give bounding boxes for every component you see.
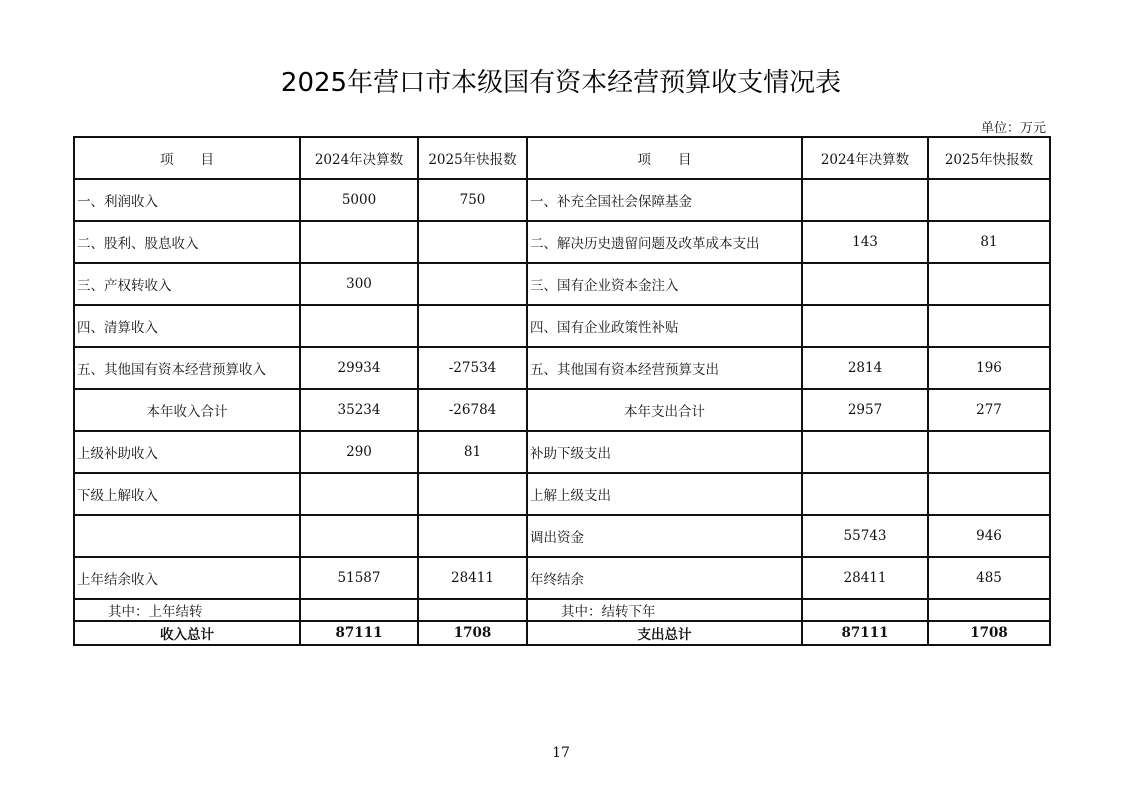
income-2024 [300,305,418,347]
table-row: 一、利润收入 5000 750 一、补充全国社会保障基金 [74,179,1050,221]
subtotal-row: 本年收入合计 35234 -26784 本年支出合计 2957 277 [74,389,1050,431]
expense-2024: 2957 [802,389,928,431]
income-2024: 29934 [300,347,418,389]
expense-2024 [802,431,928,473]
expense-2025 [928,431,1050,473]
expense-item: 一、补充全国社会保障基金 [527,179,802,221]
income-item: 四、清算收入 [74,305,300,347]
table-row-sub: 其中：上年结转 其中：结转下年 [74,599,1050,621]
expense-2025 [928,599,1050,621]
expense-2024 [802,473,928,515]
income-2024: 290 [300,431,418,473]
expense-2025: 277 [928,389,1050,431]
page-number: 17 [0,745,1122,761]
expense-2025 [928,179,1050,221]
expense-item: 补助下级支出 [527,431,802,473]
income-item: 上年结余收入 [74,557,300,599]
income-item [74,515,300,557]
income-2024: 51587 [300,557,418,599]
income-item: 一、利润收入 [74,179,300,221]
income-total-label: 收入总计 [74,621,300,645]
income-2024: 5000 [300,179,418,221]
income-2024 [300,599,418,621]
income-total-2025: 1708 [418,621,527,645]
income-2025: -27534 [418,347,527,389]
page-title: 2025年营口市本级国有资本经营预算收支情况表 [0,62,1122,99]
header-out-2025: 2025年快报数 [928,137,1050,179]
income-item: 其中：上年结转 [74,599,300,621]
expense-2025: 196 [928,347,1050,389]
expense-item: 上解上级支出 [527,473,802,515]
income-item: 二、股利、股息收入 [74,221,300,263]
expense-total-2024: 87111 [802,621,928,645]
expense-item: 五、其他国有资本经营预算支出 [527,347,802,389]
expense-2024: 55743 [802,515,928,557]
table-row: 五、其他国有资本经营预算收入 29934 -27534 五、其他国有资本经营预算… [74,347,1050,389]
table-row: 四、清算收入 四、国有企业政策性补贴 [74,305,1050,347]
income-subtotal-label: 本年收入合计 [74,389,300,431]
expense-2024: 143 [802,221,928,263]
table-row: 三、产权转收入 300 三、国有企业资本金注入 [74,263,1050,305]
header-out-item: 项 目 [527,137,802,179]
income-2025: 750 [418,179,527,221]
income-2025 [418,473,527,515]
header-in-2024: 2024年决算数 [300,137,418,179]
expense-item: 年终结余 [527,557,802,599]
table-header-row: 项 目 2024年决算数 2025年快报数 项 目 2024年决算数 2025年… [74,137,1050,179]
income-2024 [300,515,418,557]
income-2025 [418,263,527,305]
expense-2025: 485 [928,557,1050,599]
income-2025: 81 [418,431,527,473]
income-item: 下级上解收入 [74,473,300,515]
expense-2024 [802,179,928,221]
income-2025: -26784 [418,389,527,431]
expense-2024 [802,599,928,621]
income-2025 [418,221,527,263]
table-row: 调出资金 55743 946 [74,515,1050,557]
income-2025 [418,515,527,557]
header-out-2024: 2024年决算数 [802,137,928,179]
expense-item: 三、国有企业资本金注入 [527,263,802,305]
income-item: 上级补助收入 [74,431,300,473]
expense-2024 [802,263,928,305]
expense-item: 其中：结转下年 [527,599,802,621]
expense-2025 [928,473,1050,515]
income-2024 [300,473,418,515]
table-row: 上级补助收入 290 81 补助下级支出 [74,431,1050,473]
expense-total-label: 支出总计 [527,621,802,645]
expense-2025: 946 [928,515,1050,557]
income-2025 [418,305,527,347]
expense-item: 二、解决历史遗留问题及改革成本支出 [527,221,802,263]
income-2024: 300 [300,263,418,305]
expense-total-2025: 1708 [928,621,1050,645]
header-in-item: 项 目 [74,137,300,179]
table-row: 二、股利、股息收入 二、解决历史遗留问题及改革成本支出 143 81 [74,221,1050,263]
grand-total-row: 收入总计 87111 1708 支出总计 87111 1708 [74,621,1050,645]
table-row: 下级上解收入 上解上级支出 [74,473,1050,515]
expense-2024 [802,305,928,347]
unit-label: 单位：万元 [981,117,1046,136]
income-2024 [300,221,418,263]
expense-2025: 81 [928,221,1050,263]
expense-2024: 28411 [802,557,928,599]
income-item: 五、其他国有资本经营预算收入 [74,347,300,389]
budget-table: 项 目 2024年决算数 2025年快报数 项 目 2024年决算数 2025年… [73,136,1051,646]
income-2025 [418,599,527,621]
income-2025: 28411 [418,557,527,599]
income-2024: 35234 [300,389,418,431]
expense-subtotal-label: 本年支出合计 [527,389,802,431]
expense-item: 四、国有企业政策性补贴 [527,305,802,347]
income-total-2024: 87111 [300,621,418,645]
expense-item: 调出资金 [527,515,802,557]
header-in-2025: 2025年快报数 [418,137,527,179]
expense-2025 [928,305,1050,347]
income-item: 三、产权转收入 [74,263,300,305]
expense-2024: 2814 [802,347,928,389]
expense-2025 [928,263,1050,305]
table-row: 上年结余收入 51587 28411 年终结余 28411 485 [74,557,1050,599]
